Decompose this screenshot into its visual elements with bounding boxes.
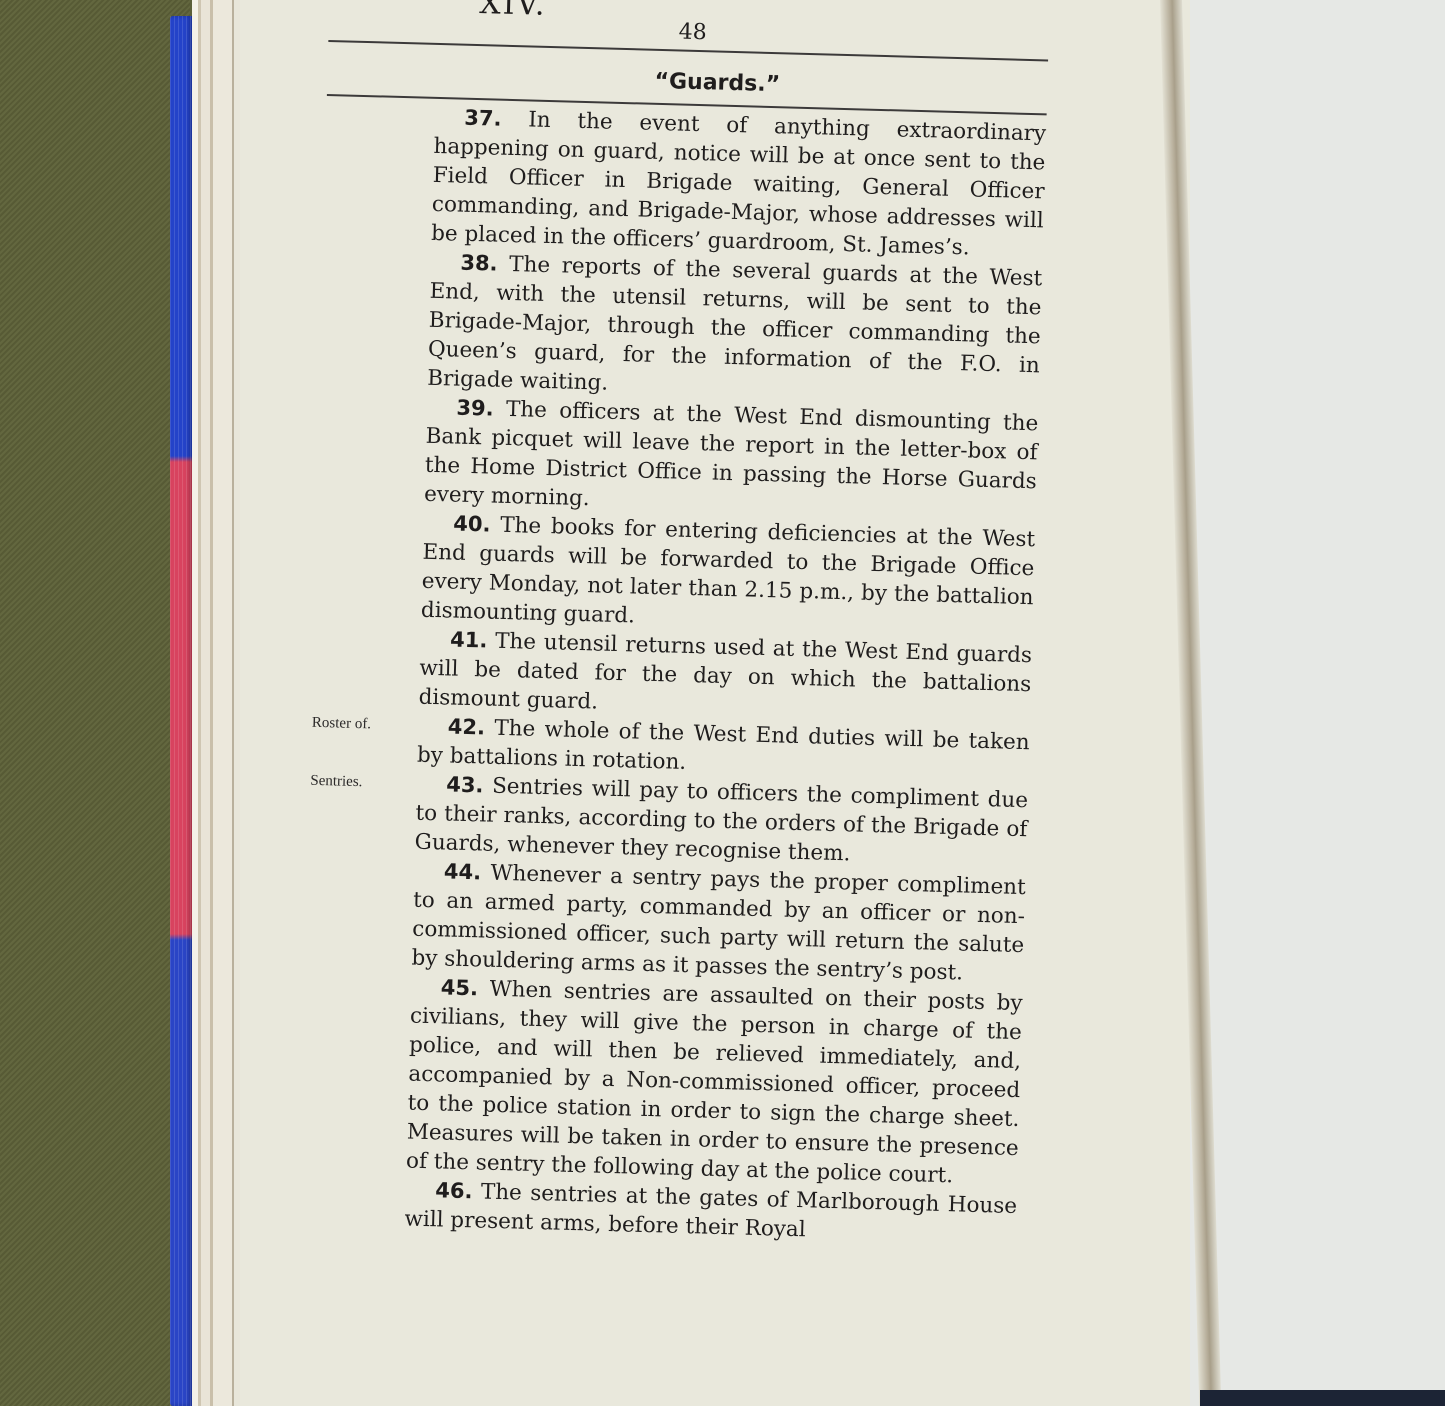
bottom-shadow [1200, 1390, 1445, 1406]
paragraph-number: 41. [450, 627, 488, 652]
paragraph-text: Whenever a sentry pays the proper compli… [411, 860, 1026, 985]
paragraph-37: 37. In the event of anything extraordina… [431, 103, 1047, 265]
paragraph-number: 46. [435, 1178, 473, 1203]
paragraph-number: 37. [464, 106, 502, 131]
paragraph-number: 38. [460, 251, 498, 276]
paragraph-40: 40. The books for entering deficiencies … [421, 509, 1036, 642]
paragraph-number: 44. [444, 859, 482, 884]
facing-blank-page [1190, 0, 1445, 1406]
paragraph-text: The officers at the West End dismounting… [424, 397, 1039, 512]
paragraph-number: 40. [453, 512, 491, 537]
paragraph-41: 41. The utensil returns used at the West… [418, 625, 1032, 729]
paragraph-number: 45. [440, 975, 478, 1000]
book-spine-ribbon [170, 16, 192, 1406]
paragraph-number: 39. [456, 396, 494, 421]
paragraph-44: 44. Whenever a sentry pays the proper co… [411, 857, 1026, 990]
paragraph-text: The sentries at the gates of Marlborough… [404, 1179, 1017, 1242]
paragraph-list: 37. In the event of anything extraordina… [296, 100, 1046, 1250]
page-text-block: XIV. 48 “Guards.” 37. In the event of an… [296, 0, 1050, 1250]
section-title: “Guards.” [654, 69, 780, 97]
paragraph-text: Sentries will pay to officers the compli… [414, 773, 1028, 866]
paragraph-text: The reports of the several guards at the… [427, 252, 1043, 396]
previous-heading-fragment: XIV. [479, 0, 547, 23]
paragraph-text: The utensil returns used at the West End… [418, 629, 1032, 715]
paragraph-38: 38. The reports of the several guards at… [427, 248, 1043, 410]
olive-cloth-background [0, 0, 190, 1406]
page-stack-edges [192, 0, 240, 1406]
page-number: 48 [678, 19, 707, 45]
paragraph-text: The books for entering deficiencies at t… [421, 513, 1036, 629]
paragraph-text: When sentries are assaulted on their pos… [406, 976, 1023, 1188]
margin-note-roster: Roster of. [311, 709, 371, 740]
paragraph-45: 45. When sentries are assaulted on their… [406, 973, 1023, 1192]
paragraph-text: In the event of anything extraordinary h… [431, 107, 1047, 261]
paragraph-39: 39. The officers at the West End dismoun… [424, 393, 1039, 526]
margin-note-sentries: Sentries. [310, 767, 363, 797]
paragraph-43: Sentries. 43. Sentries will pay to offic… [414, 770, 1028, 874]
paragraph-number: 42. [448, 714, 486, 739]
paragraph-number: 43. [446, 772, 484, 797]
